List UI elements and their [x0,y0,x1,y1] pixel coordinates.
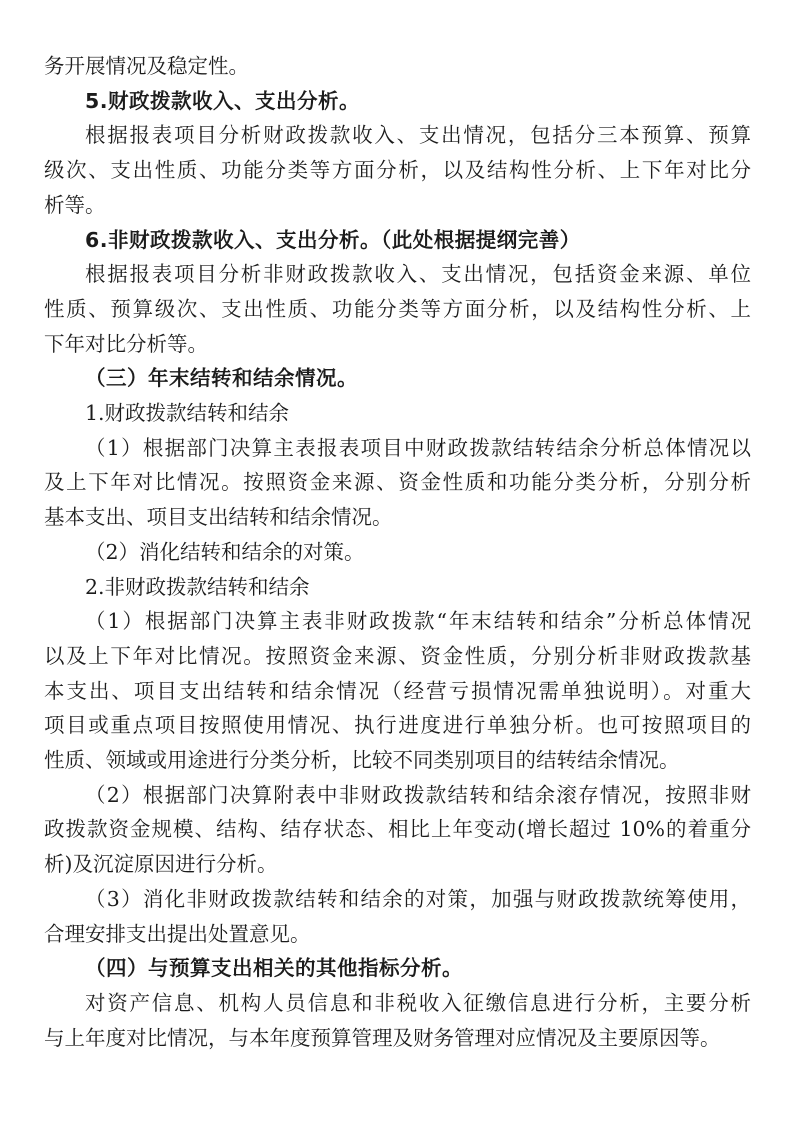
body-text-line: 下年对比分析等。 [44,327,751,362]
heading-line: 6.非财政拨款收入、支出分析。（此处根据提纲完善） [44,223,751,258]
body-text-line: 析)及沉淀原因进行分析。 [44,847,751,882]
body-text-line: 根据报表项目分析非财政拨款收入、支出情况，包括资金来源、单位 [44,257,751,292]
heading-line: 5.财政拨款收入、支出分析。 [44,84,751,119]
body-text-line: 本支出、项目支出结转和结余情况（经营亏损情况需单独说明）。对重大 [44,674,751,709]
body-text-line: 与上年度对比情况，与本年度预算管理及财务管理对应情况及主要原因等。 [44,1021,751,1056]
heading-line: （三）年末结转和结余情况。 [44,361,751,396]
body-text-line: 析等。 [44,188,751,223]
heading-line: （四）与预算支出相关的其他指标分析。 [44,951,751,986]
body-text-line: 以及上下年对比情况。按照资金来源、资金性质，分别分析非财政拨款基 [44,639,751,674]
body-text-line: 1.财政拨款结转和结余 [44,396,751,431]
body-text-line: 及上下年对比情况。按照资金来源、资金性质和功能分类分析，分别分析 [44,465,751,500]
body-text-line: 项目或重点项目按照使用情况、执行进度进行单独分析。也可按照项目的 [44,708,751,743]
document-page: 务开展情况及稳定性。5.财政拨款收入、支出分析。根据报表项目分析财政拨款收入、支… [0,0,793,1122]
body-text-line: 合理安排支出提出处置意见。 [44,917,751,952]
document-text-block: 务开展情况及稳定性。5.财政拨款收入、支出分析。根据报表项目分析财政拨款收入、支… [44,49,751,1055]
body-text-line: 基本支出、项目支出结转和结余情况。 [44,500,751,535]
body-text-line: 性质、预算级次、支出性质、功能分类等方面分析，以及结构性分析、上 [44,292,751,327]
body-text-line: 2.非财政拨款结转和结余 [44,570,751,605]
body-text-line: （2）消化结转和结余的对策。 [44,535,751,570]
body-text-line: 根据报表项目分析财政拨款收入、支出情况，包括分三本预算、预算 [44,118,751,153]
body-text-line: （2）根据部门决算附表中非财政拨款结转和结余滚存情况，按照非财 [44,778,751,813]
body-text-line: （3）消化非财政拨款结转和结余的对策，加强与财政拨款统筹使用， [44,882,751,917]
body-text-line: 性质、领域或用途进行分类分析，比较不同类别项目的结转结余情况。 [44,743,751,778]
body-text-line: （1）根据部门决算主表非财政拨款“年末结转和结余”分析总体情况 [44,604,751,639]
body-text-line: （1）根据部门决算主表报表项目中财政拨款结转结余分析总体情况以 [44,431,751,466]
body-text-line: 政拨款资金规模、结构、结存状态、相比上年变动(增长超过 10%的着重分 [44,812,751,847]
body-text-line: 级次、支出性质、功能分类等方面分析，以及结构性分析、上下年对比分 [44,153,751,188]
body-text-line: 对资产信息、机构人员信息和非税收入征缴信息进行分析，主要分析 [44,986,751,1021]
body-text-line: 务开展情况及稳定性。 [44,49,751,84]
